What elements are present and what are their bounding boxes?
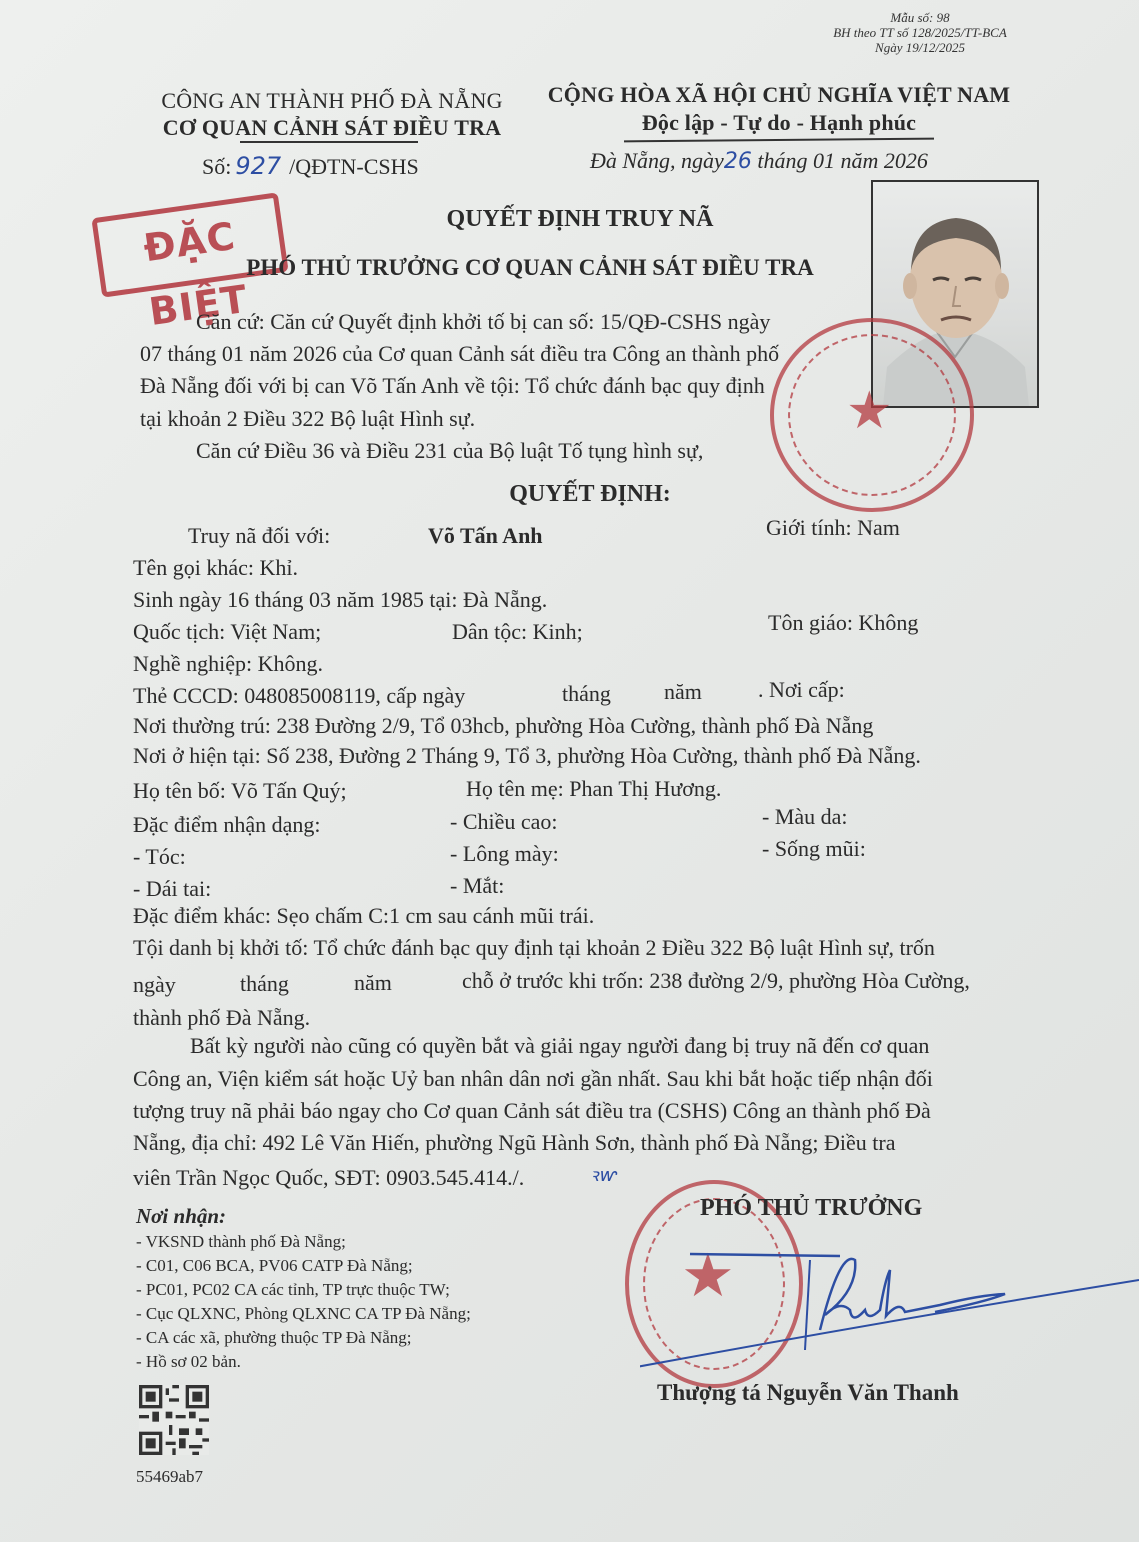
recipient-item: - Cục QLXNC, Phòng QLXNC CA TP Đà Nẵng; <box>136 1302 471 1326</box>
earlobe-field: - Dái tai: <box>133 876 211 902</box>
nationality: Quốc tịch: Việt Nam; <box>133 619 321 645</box>
signer-name: Thượng tá Nguyễn Văn Thanh <box>657 1380 959 1406</box>
special-stamp: ĐẶC BIỆT <box>91 192 288 297</box>
eyebrows-field: - Lông mày: <box>450 841 559 867</box>
charge-month: tháng <box>240 971 289 997</box>
alias: Tên gọi khác: Khỉ. <box>133 555 298 581</box>
document-subtitle: PHÓ THỦ TRƯỞNG CƠ QUAN CẢNH SÁT ĐIỀU TRA <box>190 255 870 281</box>
height-field: - Chiều cao: <box>450 809 558 835</box>
charge-city: thành phố Đà Nẵng. <box>133 1005 310 1031</box>
id-month: tháng <box>562 681 611 707</box>
father-name: Họ tên bố: Võ Tấn Quý; <box>133 778 347 804</box>
decision-number: Số:927/QĐTN-CSHS <box>202 152 419 180</box>
signature-icon <box>640 1240 1139 1380</box>
charge-year: năm <box>354 970 392 996</box>
form-number: Mẫu số: 98 <box>815 10 1025 25</box>
preamble-line: Đà Nẵng đối với bị can Võ Tấn Anh về tội… <box>140 373 765 399</box>
id-year: năm <box>664 679 702 705</box>
issue-date: Đà Nẵng, ngày26 tháng 01 năm 2026 <box>590 148 928 174</box>
qr-code-id: 55469ab7 <box>136 1467 203 1487</box>
ethnicity: Dân tộc: Kinh; <box>452 619 583 645</box>
preamble-line: tại khoản 2 Điều 322 Bộ luật Hình sự. <box>140 406 475 432</box>
permanent-address: Nơi thường trú: 238 Đường 2/9, Tổ 03hcb,… <box>133 713 873 739</box>
gender: Giới tính: Nam <box>766 515 900 541</box>
recipient-item: - PC01, PC02 CA các tỉnh, TP trực thuộc … <box>136 1278 471 1302</box>
instruction-line: tượng truy nã phải báo ngay cho Cơ quan … <box>133 1098 931 1124</box>
recipients-label: Nơi nhận: <box>136 1204 226 1229</box>
other-features: Đặc điểm khác: Sẹo chấm C:1 cm sau cánh … <box>133 903 594 929</box>
form-circular: BH theo TT số 128/2025/TT-BCA <box>815 25 1025 40</box>
form-date: Ngày 19/12/2025 <box>815 40 1025 55</box>
handwritten-day: 26 <box>724 149 752 174</box>
mother-name: Họ tên mẹ: Phan Thị Hương. <box>466 776 721 802</box>
instruction-line: Công an, Viện kiểm sát hoặc Uỷ ban nhân … <box>133 1066 933 1092</box>
motto-underline <box>624 138 934 142</box>
instruction-line: Bất kỳ người nào cũng có quyền bắt và gi… <box>190 1033 929 1059</box>
charge-residence: chỗ ở trước khi trốn: 238 đường 2/9, phư… <box>462 968 970 994</box>
nation-title: CỘNG HÒA XÃ HỘI CHỦ NGHĨA VIỆT NAM <box>532 82 1026 108</box>
date-suffix: tháng 01 năm 2026 <box>752 148 928 173</box>
agency-name: CÔNG AN THÀNH PHỐ ĐÀ NẴNG <box>148 88 516 114</box>
charge-line: Tội danh bị khởi tố: Tổ chức đánh bạc qu… <box>133 935 935 961</box>
eyes-field: - Mắt: <box>450 873 504 899</box>
suspect-name: Võ Tấn Anh <box>428 523 543 549</box>
preamble-line: Căn cứ: Căn cứ Quyết định khởi tố bị can… <box>196 309 770 335</box>
instruction-line: viên Trần Ngọc Quốc, SĐT: 0903.545.414./… <box>133 1165 524 1191</box>
religion: Tôn giáo: Không <box>768 610 918 636</box>
handwritten-number: 927 <box>235 152 281 180</box>
wanted-label: Truy nã đối với: <box>188 523 330 549</box>
birth-info: Sinh ngày 16 tháng 03 năm 1985 tại: Đà N… <box>133 587 547 613</box>
hair-field: - Tóc: <box>133 844 186 870</box>
id-place: . Nơi cấp: <box>758 677 845 703</box>
document-title: QUYẾT ĐỊNH TRUY NÃ <box>380 206 780 233</box>
preamble-line: Căn cứ Điều 36 và Điều 231 của Bộ luật T… <box>196 438 703 464</box>
signer-position: PHÓ THỦ TRƯỞNG <box>700 1195 922 1222</box>
qr-code-icon <box>139 1385 209 1455</box>
number-suffix: /QĐTN-CSHS <box>289 154 419 179</box>
date-prefix: Đà Nẵng, ngày <box>590 148 724 173</box>
recipient-item: - CA các xã, phường thuộc TP Đà Nẵng; <box>136 1326 471 1350</box>
unit-name: CƠ QUAN CẢNH SÁT ĐIỀU TRA <box>148 115 516 141</box>
skin-field: - Màu da: <box>762 804 848 830</box>
number-prefix: Số: <box>202 154 231 179</box>
recipient-item: - VKSND thành phố Đà Nẵng; <box>136 1230 471 1254</box>
instruction-line: Nẵng, địa chỉ: 492 Lê Văn Hiến, phường N… <box>133 1130 895 1156</box>
form-reference: Mẫu số: 98 BH theo TT số 128/2025/TT-BCA… <box>815 10 1025 55</box>
current-address: Nơi ở hiện tại: Số 238, Đường 2 Tháng 9,… <box>133 743 921 769</box>
identification-label: Đặc điểm nhận dạng: <box>133 812 321 838</box>
decision-heading: QUYẾT ĐỊNH: <box>440 481 740 508</box>
official-seal-top: ★ <box>770 318 974 512</box>
preamble-line: 07 tháng 01 năm 2026 của Cơ quan Cảnh sá… <box>140 341 779 367</box>
nose-field: - Sống mũi: <box>762 836 866 862</box>
charge-day: ngày <box>133 972 176 998</box>
id-card: Thẻ CCCD: 048085008119, cấp ngày <box>133 683 465 709</box>
recipients-list: - VKSND thành phố Đà Nẵng; - C01, C06 BC… <box>136 1230 471 1374</box>
initials-mark: ꝛⱳ <box>590 1163 616 1187</box>
national-motto: Độc lập - Tự do - Hạnh phúc <box>532 110 1026 136</box>
header-left-underline <box>240 141 418 143</box>
recipient-item: - Hồ sơ 02 bản. <box>136 1350 471 1374</box>
recipient-item: - C01, C06 BCA, PV06 CATP Đà Nẵng; <box>136 1254 471 1278</box>
occupation: Nghề nghiệp: Không. <box>133 651 323 677</box>
seal-star-icon: ★ <box>846 386 893 438</box>
